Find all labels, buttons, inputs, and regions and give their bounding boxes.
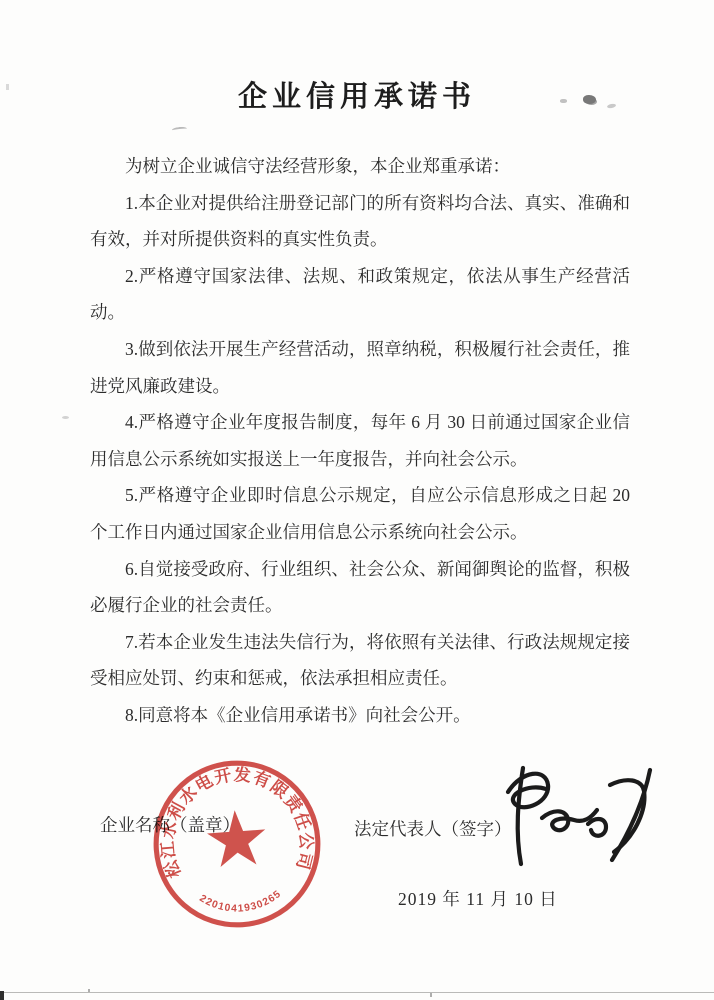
signature-stroke <box>610 780 644 852</box>
scan-edge-line <box>0 992 714 993</box>
commitment-item-4: 4.严格遵守企业年度报告制度，每年 6 月 30 日前通过国家企业信用信息公示系… <box>90 404 630 477</box>
document-body: 为树立企业诚信守法经营形象，本企业郑重承诺： 1.本企业对提供给注册登记部门的所… <box>90 148 630 734</box>
signature-handwriting <box>492 758 670 880</box>
scan-corner-mark <box>0 991 4 1000</box>
scan-speck <box>88 989 90 992</box>
scan-smudge <box>62 416 69 419</box>
commitment-item-2: 2.严格遵守国家法律、法规、和政策规定，依法从事生产经营活动。 <box>90 258 630 331</box>
scanned-document-page: 企业信用承诺书 为树立企业诚信守法经营形象，本企业郑重承诺： 1.本企业对提供给… <box>0 0 714 1000</box>
date-line: 2019 年 11 月 10 日 <box>398 886 558 911</box>
commitment-item-5: 5.严格遵守企业即时信息公示规定，自应公示信息形成之日起 20 个工作日内通过国… <box>90 477 630 550</box>
commitment-item-1: 1.本企业对提供给注册登记部门的所有资料均合法、真实、准确和有效，并对所提供资料… <box>90 185 630 258</box>
intro-paragraph: 为树立企业诚信守法经营形象，本企业郑重承诺： <box>90 148 630 185</box>
seal-star-icon <box>206 808 268 868</box>
signature-stroke <box>508 774 548 808</box>
commitment-item-3: 3.做到依法开展生产经营活动，照章纳税，积极履行社会责任，推进党风廉政建设。 <box>90 331 630 404</box>
company-seal-stamp: 松江水利水电开发有限责任公司 2201041930265 <box>144 749 330 939</box>
page-title: 企业信用承诺书 <box>0 0 714 114</box>
scan-smudge <box>172 126 187 133</box>
legal-representative-label: 法定代表人（签字） <box>354 816 512 841</box>
signature-stroke <box>588 819 606 836</box>
scan-speck <box>430 993 432 997</box>
commitment-item-7: 7.若本企业发生违法失信行为，将依照有关法律、行政法规规定接受相应处罚、约束和惩… <box>90 624 630 697</box>
commitment-item-8: 8.同意将本《企业信用承诺书》向社会公开。 <box>90 697 630 734</box>
signature-stroke <box>542 810 597 830</box>
svg-text:2201041930265: 2201041930265 <box>197 888 284 918</box>
commitment-item-6: 6.自觉接受政府、行业组织、社会公众、新闻御舆论的监督，积极必履行企业的社会责任… <box>90 551 630 624</box>
seal-registration-number: 2201041930265 <box>197 888 284 918</box>
